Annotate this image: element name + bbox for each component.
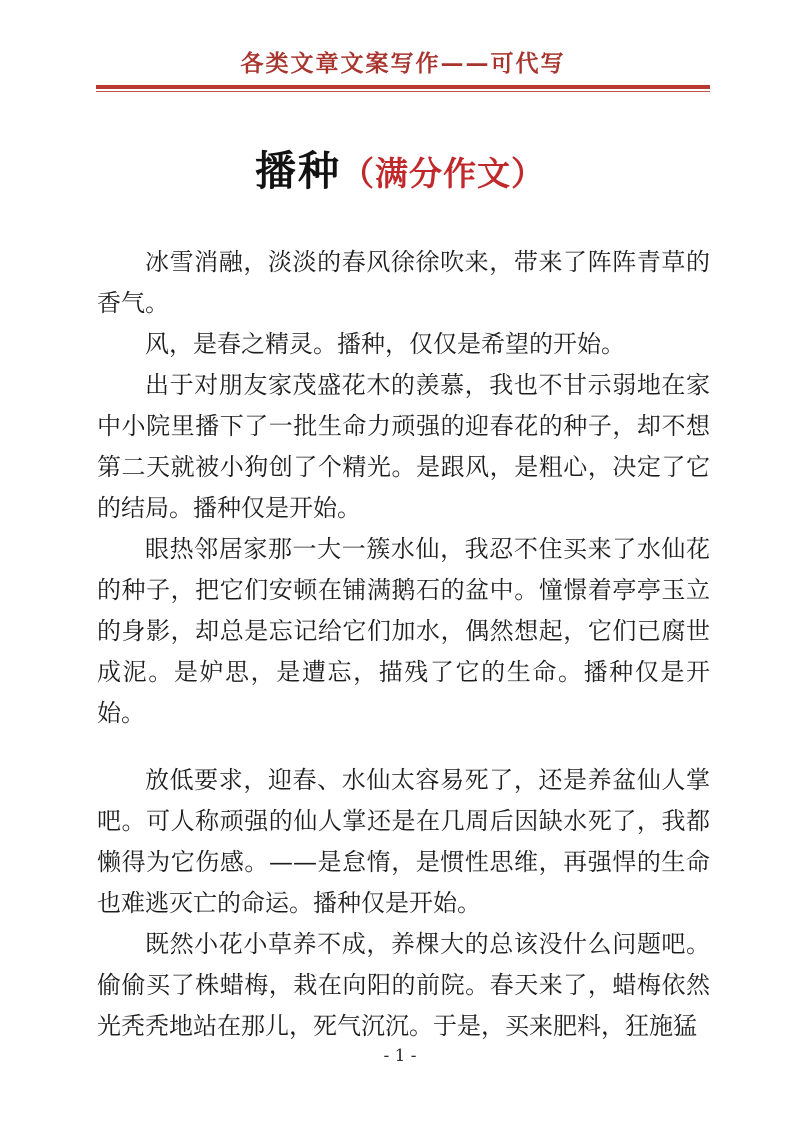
essay-body: 冰雪消融，淡淡的春风徐徐吹来，带来了阵阵青草的香气。 风，是春之精灵。播种，仅仅… <box>97 242 710 1047</box>
page-header: 各类文章文案写作——可代写 <box>96 48 710 92</box>
document-page: 各类文章文案写作——可代写 播种（满分作文） 冰雪消融，淡淡的春风徐徐吹来，带来… <box>0 0 800 1132</box>
essay-title-annotation: （满分作文） <box>341 154 545 193</box>
essay-paragraph: 冰雪消融，淡淡的春风徐徐吹来，带来了阵阵青草的香气。 <box>97 242 710 324</box>
essay-paragraph: 风，是春之精灵。播种，仅仅是希望的开始。 <box>97 324 710 365</box>
essay-paragraph: 眼热邻居家那一大一簇水仙，我忍不住买来了水仙花的种子，把它们安顿在铺满鹅石的盆中… <box>97 529 710 734</box>
essay-paragraph: 出于对朋友家茂盛花木的羡慕，我也不甘示弱地在家中小院里播下了一批生命力顽强的迎春… <box>97 365 710 529</box>
page-number: - 1 - <box>383 1046 416 1066</box>
essay-paragraph: 放低要求，迎春、水仙太容易死了，还是养盆仙人掌吧。可人称顽强的仙人掌还是在几周后… <box>97 760 710 924</box>
essay-title-row: 播种（满分作文） <box>0 138 800 197</box>
essay-title: 播种 <box>255 147 341 195</box>
page-footer: - 1 - <box>0 1046 800 1066</box>
header-banner-text: 各类文章文案写作——可代写 <box>241 48 566 80</box>
essay-paragraph: 既然小花小草养不成，养棵大的总该没什么问题吧。偷偷买了株蜡梅，栽在向阳的前院。春… <box>97 924 710 1047</box>
header-rule-divider <box>96 85 710 92</box>
